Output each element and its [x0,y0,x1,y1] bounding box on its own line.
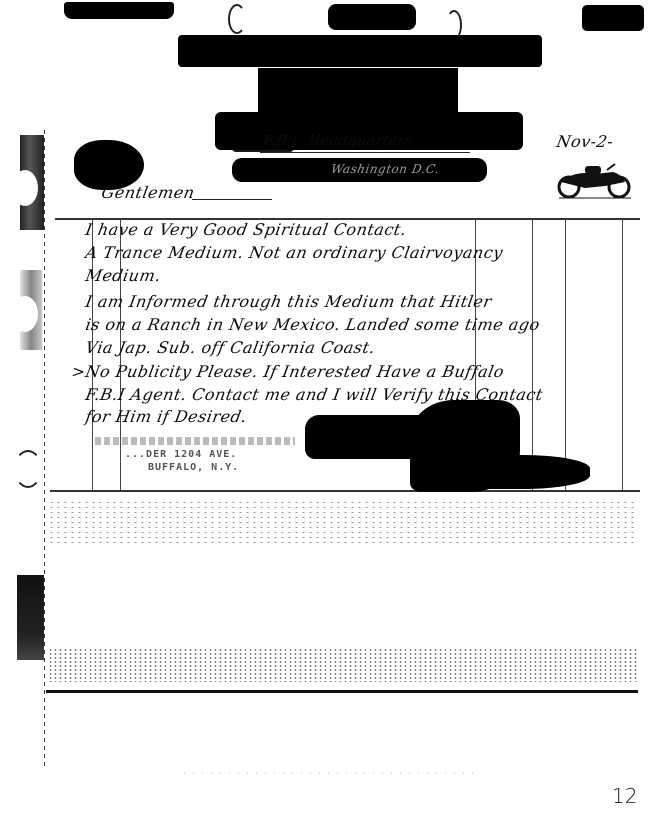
body-line-6: Via Jap. Sub. off California Coast. [84,338,377,357]
scan-noise-band-2 [48,648,638,682]
salutation-rule [192,199,272,200]
stamp-address: ...DER 1204 AVE. [125,449,237,460]
stamp-line-1 [95,437,295,445]
letterhead-city: Washington D.C. [330,162,441,176]
binder-hole-1 [12,170,38,206]
body-line-4: I am Informed through this Medium that H… [84,292,493,311]
letterhead-underline [260,152,470,153]
body-line-5: is on a Ranch in New Mexico. Landed some… [84,315,542,334]
redaction-header-block-2 [258,68,458,112]
body-line-3: Medium. [84,266,163,285]
letter-date: Nov-2- [555,132,615,151]
binder-hole-3 [14,450,42,488]
scan-noise-band-1 [48,500,638,545]
ledger-bottom-rule [50,490,640,492]
redaction-signature [305,415,425,459]
stamp-city: BUFFALO, N.Y. [148,462,239,473]
redaction-signature-bottom [420,455,590,489]
ledger-col-4 [532,218,533,490]
body-line-7: No Publicity Please. If Interested Have … [84,362,506,381]
redaction-top-left [64,2,174,19]
binder-edge-bottom [17,575,44,660]
redaction-header-block-1 [178,35,542,67]
binder-hole-2 [12,296,38,332]
scan-noise-band-3 [180,770,480,778]
body-line-1: I have a Very Good Spiritual Contact. [84,220,408,239]
lower-rule [46,690,638,693]
ledger-col-6 [622,218,623,490]
letterhead-address: F.B.I. Headquarters [262,133,414,149]
body-line-9: for Him if Desired. [84,407,249,426]
page-number: 12 [612,784,637,808]
body-line-2: A Trance Medium. Not an ordinary Clairvo… [84,243,505,262]
left-page-edge [44,130,45,770]
redaction-top-right [582,5,644,31]
motorcycle-icon [555,160,635,200]
redaction-top-mid [328,4,416,30]
ledger-col-5 [565,218,566,490]
salutation: Gentlemen [100,183,196,202]
binder-ring-left [228,4,246,34]
